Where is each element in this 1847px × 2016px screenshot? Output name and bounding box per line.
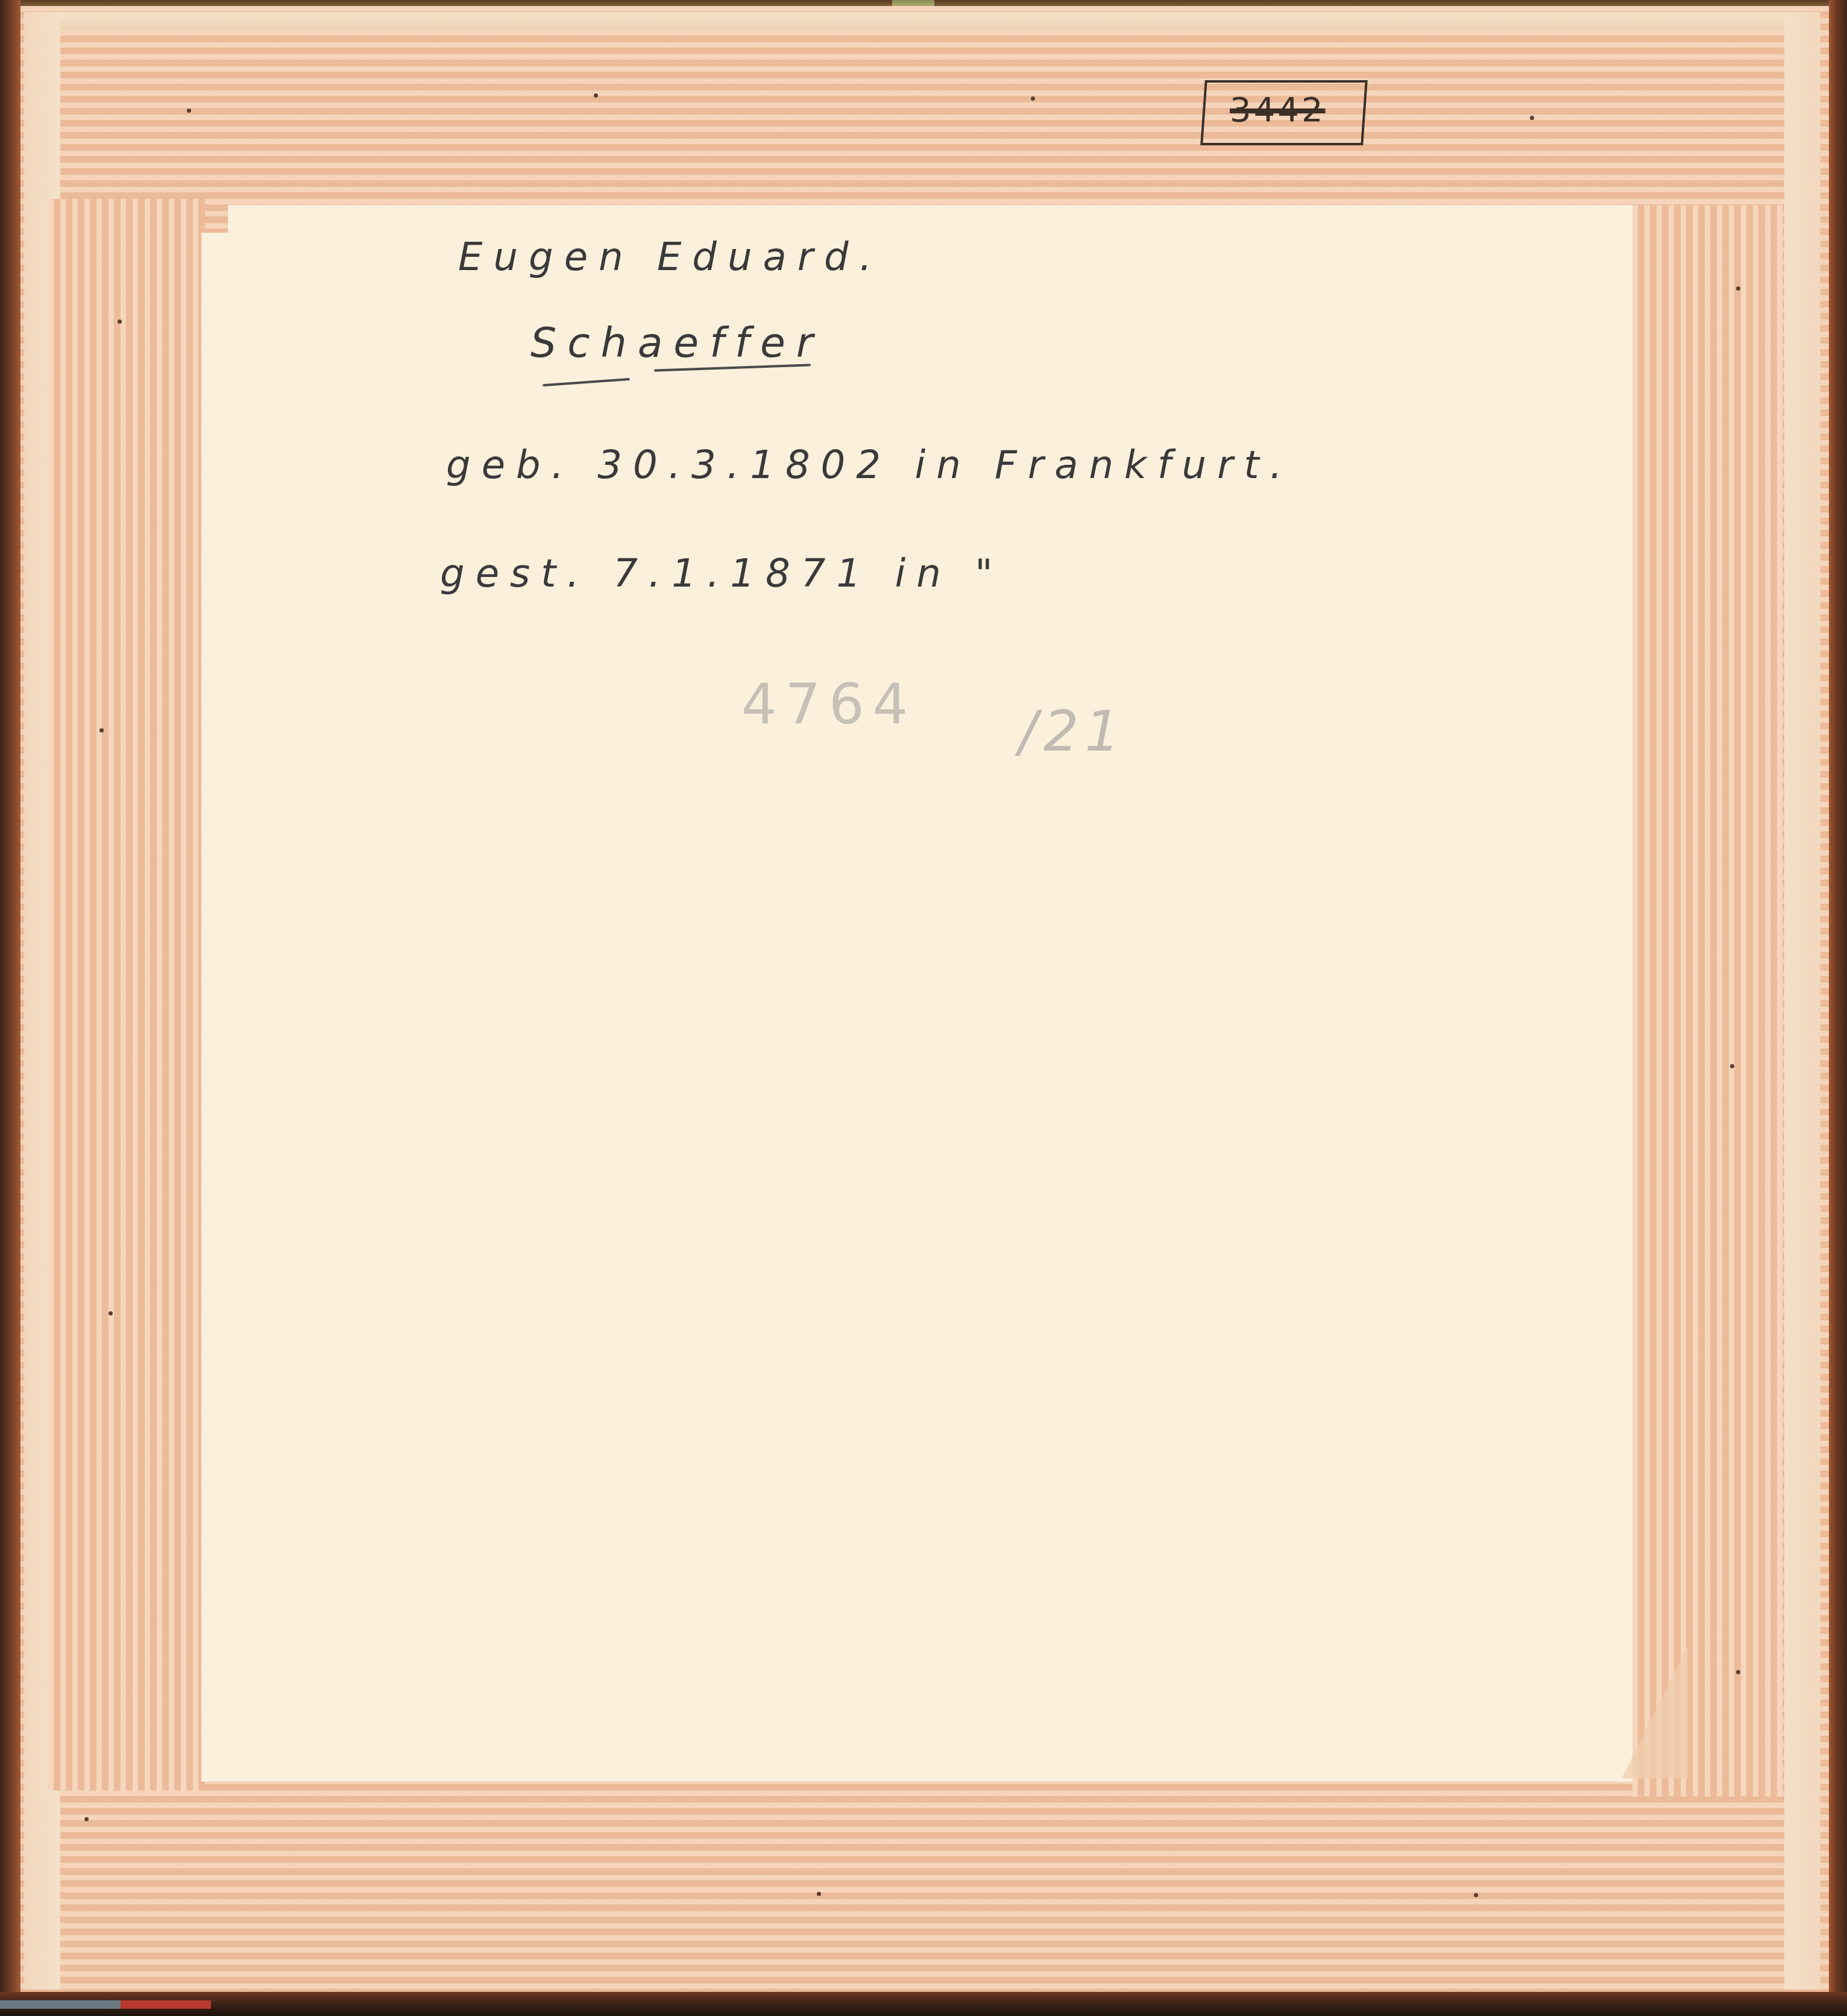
pencil-catalog-number: 4764 — [741, 672, 916, 737]
corrugated-strip-right — [1632, 205, 1783, 1797]
frame-bottom-strip-red — [121, 2000, 211, 2009]
nail-hole — [1736, 286, 1740, 291]
nail-hole — [109, 1311, 113, 1315]
pencil-catalog-suffix: /21 — [1019, 699, 1126, 764]
nail-hole — [99, 728, 104, 732]
nail-hole — [594, 93, 598, 98]
nail-hole — [84, 1817, 89, 1821]
nail-hole — [118, 320, 122, 324]
nail-hole — [1530, 116, 1534, 120]
nail-hole — [817, 1892, 821, 1896]
death-note: gest. 7.1.1871 in " — [440, 552, 1004, 596]
backing-fold-top — [24, 12, 1820, 30]
frame-right-edge — [1829, 0, 1847, 2016]
birth-note: geb. 30.3.1802 in Frankfurt. — [446, 443, 1293, 488]
nail-hole — [187, 109, 191, 113]
artist-first-names: Eugen Eduard. — [458, 235, 883, 280]
artist-surname: Schaeffer — [530, 320, 824, 367]
frame-bottom-strip-grey — [0, 2000, 121, 2009]
backing-fold-right — [1784, 12, 1820, 1989]
paper-label-sheet — [201, 205, 1632, 1781]
nail-hole — [1031, 96, 1035, 101]
frame-left-edge — [0, 0, 20, 2016]
nail-hole — [1474, 1893, 1478, 1897]
frame-bottom-edge — [0, 1992, 1847, 2016]
corrugated-strip-left — [48, 199, 205, 1791]
nail-hole — [1730, 1064, 1734, 1068]
nail-hole — [1736, 1670, 1740, 1674]
inventory-number: 3442 — [1230, 90, 1326, 130]
